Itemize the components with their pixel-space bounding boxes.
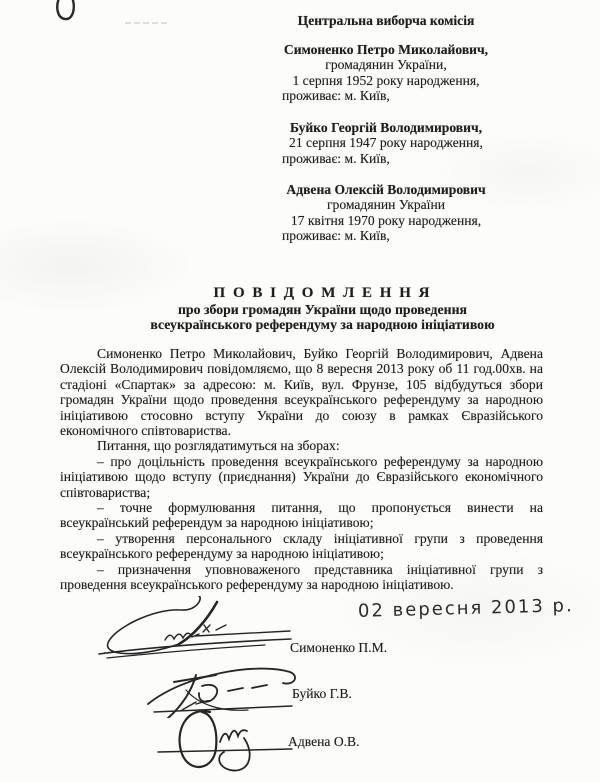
body-bullet-2: – точне формулювання питання, що пропону… bbox=[60, 500, 543, 531]
body-paragraph-questions-intro: Питання, що розглядатимуться на зборах: bbox=[60, 438, 543, 453]
document-title: П О В І Д О М Л Е Н Н Я про збори громад… bbox=[100, 284, 545, 332]
applicant-block-buiko: Буйко Георгій Володимирович, 21 серпня 1… bbox=[262, 120, 510, 166]
applicant-name: Симоненко Петро Миколайович, bbox=[262, 42, 510, 57]
applicant-citizenship: громадянин України bbox=[262, 197, 510, 212]
body-paragraph-main: Симоненко Петро Миколайович, Буйко Георг… bbox=[60, 346, 543, 438]
scan-artifact-dashes bbox=[125, 22, 167, 24]
applicant-block-symonenko: Симоненко Петро Миколайович, громадянин … bbox=[262, 42, 510, 103]
applicant-residence: проживає: м. Київ, bbox=[262, 228, 510, 243]
applicant-citizenship: громадянин України, bbox=[262, 57, 510, 72]
title-subtitle-1: про збори громадян України щодо проведен… bbox=[100, 302, 545, 317]
applicant-birthdate: 21 серпня 1947 року народження, bbox=[262, 135, 510, 150]
applicant-name: Буйко Георгій Володимирович, bbox=[262, 120, 510, 135]
body-bullet-1: – про доцільність проведення всеукраїнсь… bbox=[60, 454, 543, 500]
applicant-birthdate: 17 квітня 1970 року народження, bbox=[262, 213, 510, 228]
signature-label-advena: Адвена О.В. bbox=[288, 734, 360, 749]
applicant-block-advena: Адвена Олексій Володимирович громадянин … bbox=[262, 182, 510, 243]
signature-label-symonenko: Симоненко П.М. bbox=[290, 640, 387, 655]
applicant-residence: проживає: м. Київ, bbox=[262, 88, 510, 103]
applicant-birthdate: 1 серпня 1952 року народження, bbox=[262, 73, 510, 88]
body-bullet-3: – утворення персонального складу ініціат… bbox=[60, 531, 543, 562]
applicant-name: Адвена Олексій Володимирович bbox=[262, 182, 510, 197]
title-subtitle-2: всеукраїнського референдуму за народною … bbox=[100, 317, 545, 332]
handwritten-date: 02 вересня 2013 р. bbox=[358, 595, 574, 622]
signature-scribble-symonenko bbox=[95, 596, 295, 665]
signature-scribble-advena bbox=[152, 700, 300, 782]
body-bullet-4: – призначення уповноваженого представник… bbox=[60, 562, 543, 593]
document-body: Симоненко Петро Миколайович, Буйко Георг… bbox=[60, 346, 543, 593]
scanned-document-page: Центральна виборча комісія Симоненко Пет… bbox=[0, 0, 600, 782]
title-main: П О В І Д О М Л Е Н Н Я bbox=[100, 284, 545, 302]
handwritten-pen-mark bbox=[52, 0, 84, 29]
recipient-block: Центральна виборча комісія bbox=[262, 13, 510, 28]
signature-label-buiko: Буйко Г.В. bbox=[292, 686, 352, 701]
recipient-name: Центральна виборча комісія bbox=[262, 13, 510, 28]
applicant-residence: проживає: м. Київ, bbox=[262, 151, 510, 166]
